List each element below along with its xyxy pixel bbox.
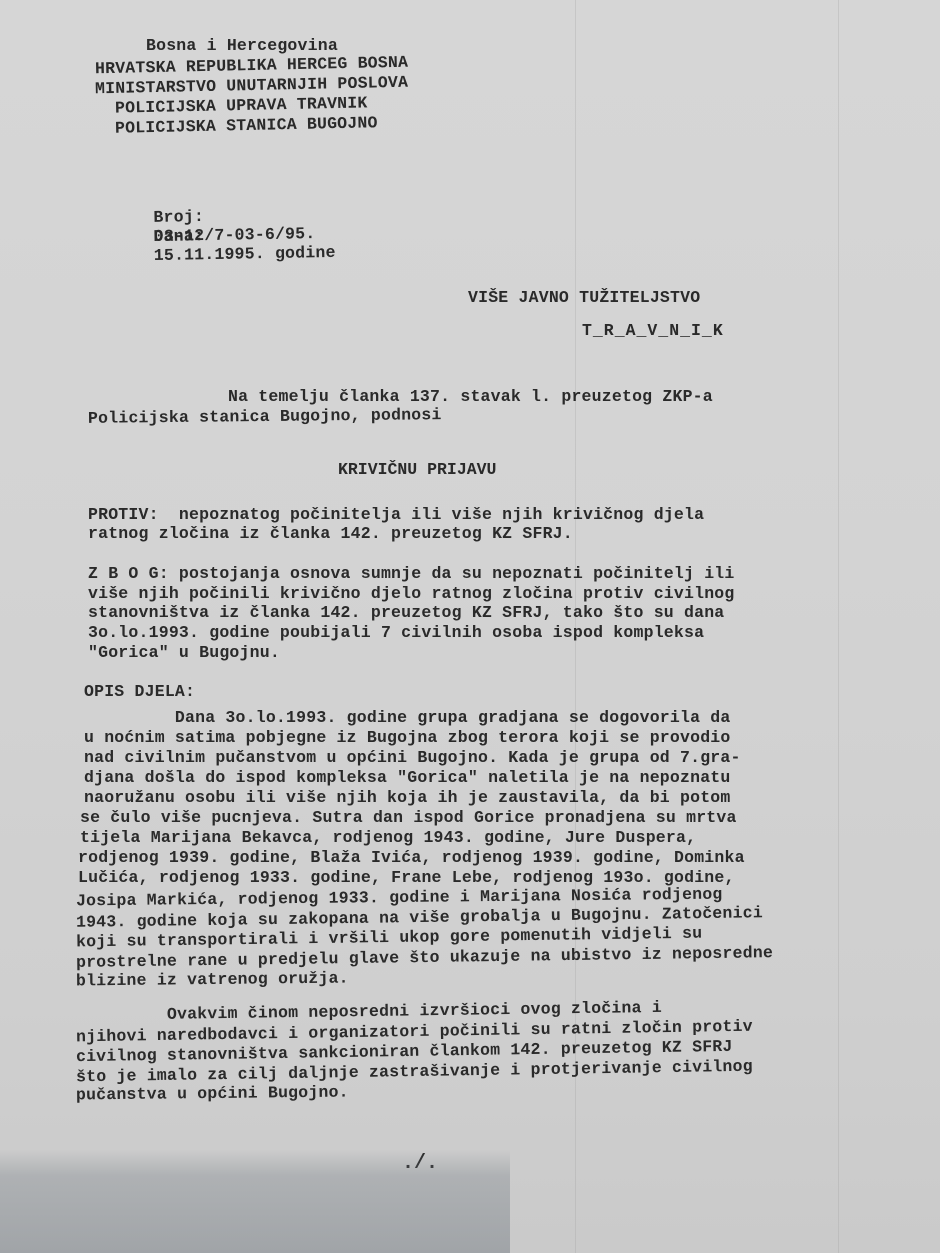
zbog-line: "Gorica" u Bugojnu. [88,643,280,662]
paper-fold [838,0,839,1253]
opis-line: naoružanu osobu ili više njih koja ih je… [84,788,731,807]
intro-line: Policijska stanica Bugojno, podnosi [88,405,442,428]
letterhead-line: Bosna i Hercegovina [146,36,338,55]
conclusion-line: pučanstva u općini Bugojno. [76,1083,349,1105]
opis-line: blizine iz vatrenog oružja. [76,969,349,991]
photo-shadow [0,1150,510,1253]
letterhead-line: POLICIJSKA STANICA BUGOJNO [115,113,378,137]
opis-line: u noćnim satima pobjegne iz Bugojna zbog… [84,728,731,747]
recipient-city: T_R_A_V_N_I_K [582,321,724,340]
opis-line: se čulo više pucnjeva. Sutra dan ispod G… [80,808,737,827]
document-page: Bosna i Hercegovina HRVATSKA REPUBLIKA H… [0,0,940,1253]
protiv-line: ratnog zločina iz članka 142. preuzetog … [88,524,573,543]
zbog-line: 3o.lo.1993. godine poubijali 7 civilnih … [88,623,704,642]
opis-line: rodjenog 1939. godine, Blaža Ivića, rodj… [78,848,745,867]
opis-line: Dana 3o.lo.1993. godine grupa gradjana s… [84,708,731,727]
zbog-line: Z B O G: postojanja osnova sumnje da su … [88,564,735,583]
opis-line: Lučića, rodjenog 1933. godine, Frane Leb… [78,868,735,887]
intro-line: Na temelju članka 137. stavak l. preuzet… [228,387,713,406]
opis-line: djana došla do ispod kompleksa "Gorica" … [84,768,731,787]
protiv-line: PROTIV: nepoznatog počinitelja ili više … [88,505,704,524]
recipient-name: VIŠE JAVNO TUŽITELJSTVO [468,288,700,307]
opis-label: OPIS DJELA: [84,682,195,701]
reference-date-value: 15.11.1995. godine [154,243,336,265]
opis-line: nad civilnim pučanstvom u općini Bugojno… [84,748,741,767]
zbog-line: stanovništva iz članka 142. preuzetog KZ… [88,603,724,622]
document-title: KRIVIČNU PRIJAVU [338,460,496,479]
reference-date-label: Dana: [153,226,204,246]
opis-line: tijela Marijana Bekavca, rodjenog 1943. … [80,828,696,847]
zbog-line: više njih počinili krivično djelo ratnog… [88,584,735,603]
